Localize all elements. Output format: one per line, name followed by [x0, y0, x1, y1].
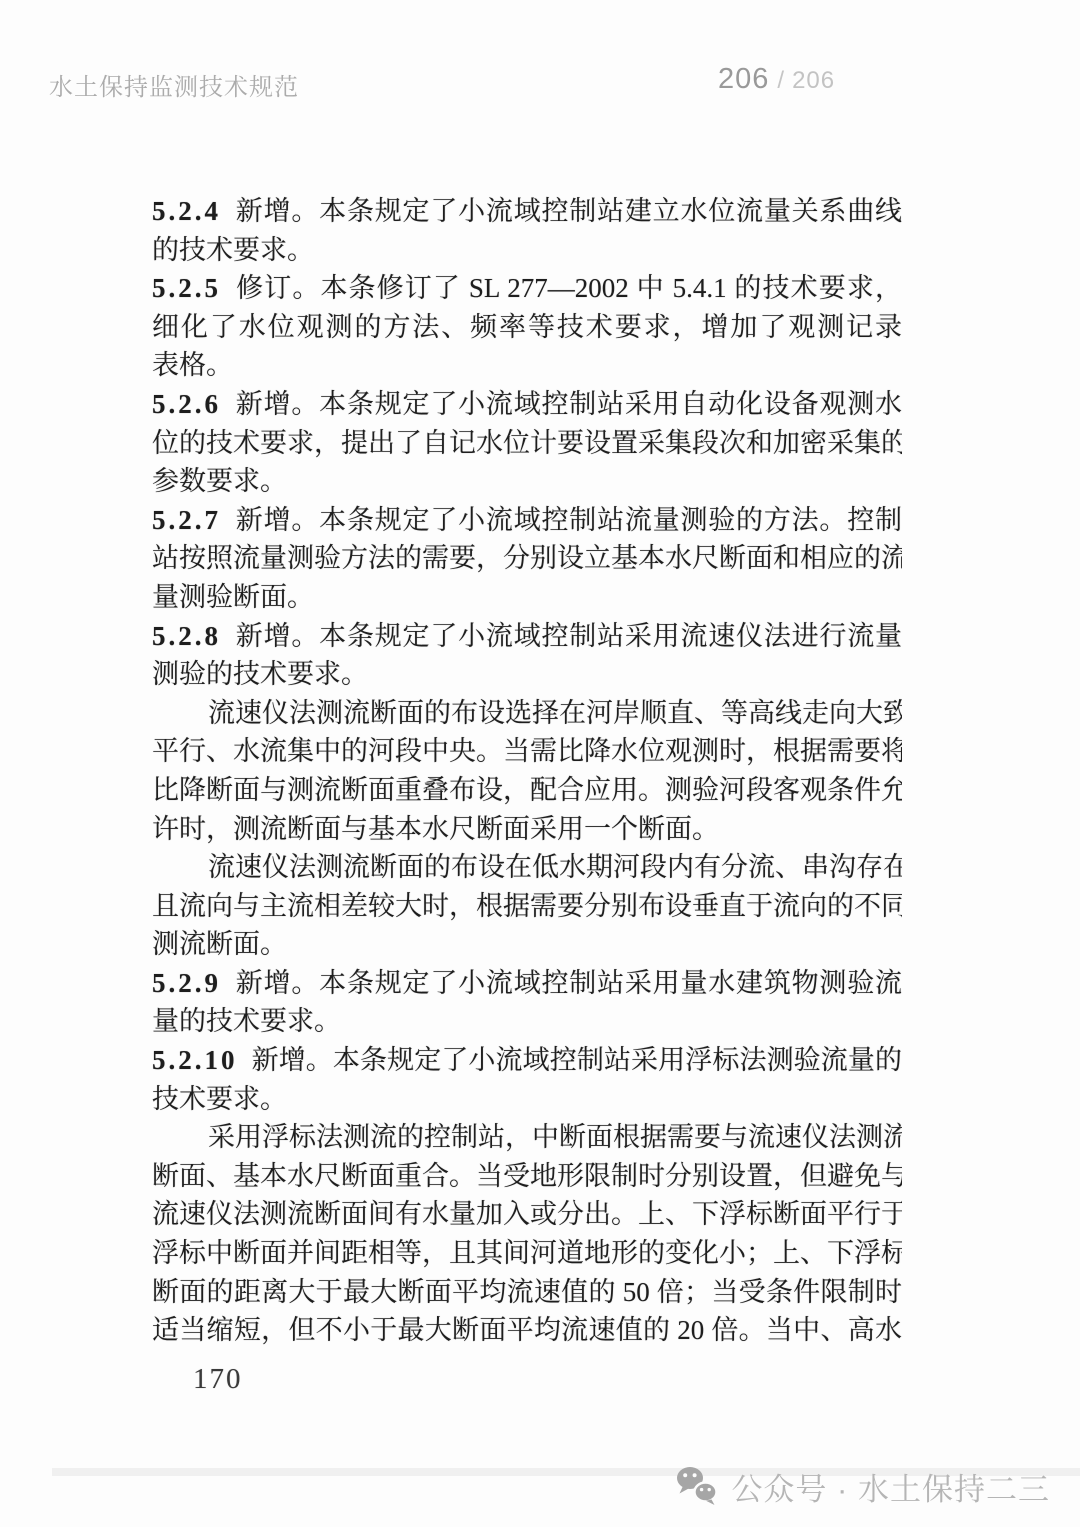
text-line: 测流断面。 [152, 925, 902, 964]
text-line-content: 流速仪法测流断面的布设在低水期河段内有分流、串沟存在 [208, 852, 902, 882]
viewer-header: 水土保持监测技术规范 206 / 206 [0, 0, 1080, 120]
text-line: 流速仪法测流断面的布设在低水期河段内有分流、串沟存在 [152, 848, 902, 887]
viewer-stage: 水土保持监测技术规范 206 / 206 5.2.4新增。本条规定了小流域控制站… [0, 0, 1080, 1527]
text-line-content: 流速仪法测流断面的布设选择在河岸顺直、等高线走向大致 [208, 698, 902, 728]
text-line-content: 比降断面与测流断面重叠布设，配合应用。测验河段客观条件允 [152, 775, 902, 805]
page-indicator-total: 206 [792, 67, 835, 95]
text-line-content: 新增。本条规定了小流域控制站流量测验的方法。控制 [235, 505, 902, 535]
text-line-content: 测流断面。 [152, 929, 287, 959]
text-line-content: 修订。本条修订了 SL 277—2002 中 5.4.1 的技术要求， [235, 273, 902, 303]
section-number: 5.2.4 [152, 196, 221, 226]
text-line-content: 的技术要求。 [152, 235, 314, 265]
text-line: 5.2.6新增。本条规定了小流域控制站采用自动化设备观测水 [152, 385, 902, 424]
text-line-content: 新增。本条规定了小流域控制站采用量水建筑物测验流 [235, 968, 902, 998]
section-number: 5.2.7 [152, 505, 221, 535]
text-line: 技术要求。 [152, 1080, 902, 1119]
text-line-content: 技术要求。 [152, 1084, 287, 1114]
text-line: 比降断面与测流断面重叠布设，配合应用。测验河段客观条件允 [152, 771, 902, 810]
text-line: 5.2.5修订。本条修订了 SL 277—2002 中 5.4.1 的技术要求， [152, 269, 902, 308]
text-line-content: 断面、基本水尺断面重合。当受地形限制时分别设置，但避免与 [152, 1161, 902, 1191]
document-body[interactable]: 5.2.4新增。本条规定了小流域控制站建立水位流量关系曲线的技术要求。5.2.5… [152, 192, 902, 1350]
text-line-content: 新增。本条规定了小流域控制站采用流速仪法进行流量 [235, 621, 902, 651]
text-line: 5.2.10新增。本条规定了小流域控制站采用浮标法测验流量的 [152, 1041, 902, 1080]
text-line: 量测验断面。 [152, 578, 902, 617]
text-line: 测验的技术要求。 [152, 655, 902, 694]
page-indicator: 206 / 206 [718, 63, 835, 96]
text-line: 参数要求。 [152, 462, 902, 501]
text-line: 量的技术要求。 [152, 1002, 902, 1041]
text-line: 流速仪法测流断面的布设选择在河岸顺直、等高线走向大致 [152, 694, 902, 733]
text-line: 流速仪法测流断面间有水量加入或分出。上、下浮标断面平行于 [152, 1195, 902, 1234]
text-line-content: 新增。本条规定了小流域控制站采用自动化设备观测水 [235, 389, 902, 419]
section-number: 5.2.9 [152, 968, 221, 998]
text-line-content: 新增。本条规定了小流域控制站建立水位流量关系曲线 [235, 196, 902, 226]
section-number: 5.2.6 [152, 389, 221, 419]
document-title: 水土保持监测技术规范 [49, 67, 299, 102]
text-line-content: 断面的距离大于最大断面平均流速值的 50 倍；当受条件限制时 [152, 1277, 902, 1307]
text-line-content: 且流向与主流相差较大时，根据需要分别布设垂直于流向的不同 [152, 891, 902, 921]
text-line-content: 采用浮标法测流的控制站，中断面根据需要与流速仪法测流 [208, 1122, 902, 1152]
text-line-content: 适当缩短，但不小于最大断面平均流速值的 20 倍。当中、高水 [152, 1315, 902, 1345]
watermark: 公众号 · 水土保持二三 [676, 1464, 1050, 1508]
text-line: 适当缩短，但不小于最大断面平均流速值的 20 倍。当中、高水 [152, 1311, 902, 1350]
text-line: 且流向与主流相差较大时，根据需要分别布设垂直于流向的不同 [152, 887, 902, 926]
page-indicator-separator: / [777, 67, 784, 95]
section-number: 5.2.8 [152, 621, 221, 651]
text-line: 断面、基本水尺断面重合。当受地形限制时分别设置，但避免与 [152, 1157, 902, 1196]
text-line-content: 站按照流量测验方法的需要，分别设立基本水尺断面和相应的流 [152, 543, 902, 573]
wechat-icon [676, 1466, 718, 1506]
text-line-content: 表格。 [152, 350, 233, 380]
section-number: 5.2.5 [152, 273, 221, 303]
text-line-content: 平行、水流集中的河段中央。当需比降水位观测时，根据需要将 [152, 736, 902, 766]
page-indicator-current: 206 [718, 63, 769, 96]
text-line-content: 测验的技术要求。 [152, 659, 368, 689]
text-line-content: 参数要求。 [152, 466, 287, 496]
text-line: 5.2.4新增。本条规定了小流域控制站建立水位流量关系曲线 [152, 192, 902, 231]
text-line: 采用浮标法测流的控制站，中断面根据需要与流速仪法测流 [152, 1118, 902, 1157]
text-line: 站按照流量测验方法的需要，分别设立基本水尺断面和相应的流 [152, 539, 902, 578]
watermark-text: 公众号 · 水土保持二三 [731, 1464, 1050, 1509]
text-line: 表格。 [152, 346, 902, 385]
text-line-content: 量的技术要求。 [152, 1006, 341, 1036]
section-number: 5.2.10 [152, 1045, 238, 1075]
text-line: 的技术要求。 [152, 231, 902, 270]
text-line: 断面的距离大于最大断面平均流速值的 50 倍；当受条件限制时 [152, 1273, 902, 1312]
text-line: 浮标中断面并间距相等，且其间河道地形的变化小；上、下浮标 [152, 1234, 902, 1273]
page-number: 170 [193, 1363, 243, 1396]
text-line: 许时，测流断面与基本水尺断面采用一个断面。 [152, 810, 902, 849]
text-line: 5.2.8新增。本条规定了小流域控制站采用流速仪法进行流量 [152, 617, 902, 656]
text-line-content: 浮标中断面并间距相等，且其间河道地形的变化小；上、下浮标 [152, 1238, 902, 1268]
text-line-content: 许时，测流断面与基本水尺断面采用一个断面。 [152, 814, 719, 844]
text-line: 平行、水流集中的河段中央。当需比降水位观测时，根据需要将 [152, 732, 902, 771]
text-line: 5.2.9新增。本条规定了小流域控制站采用量水建筑物测验流 [152, 964, 902, 1003]
text-line-content: 位的技术要求，提出了自记水位计要设置采集段次和加密采集的 [152, 428, 902, 458]
text-line: 5.2.7新增。本条规定了小流域控制站流量测验的方法。控制 [152, 501, 902, 540]
text-line: 位的技术要求，提出了自记水位计要设置采集段次和加密采集的 [152, 424, 902, 463]
text-line-content: 细化了水位观测的方法、频率等技术要求，增加了观测记录 [152, 312, 902, 342]
text-line-content: 流速仪法测流断面间有水量加入或分出。上、下浮标断面平行于 [152, 1199, 902, 1229]
text-line-content: 量测验断面。 [152, 582, 314, 612]
text-line-content: 新增。本条规定了小流域控制站采用浮标法测验流量的 [252, 1045, 903, 1075]
text-line: 细化了水位观测的方法、频率等技术要求，增加了观测记录 [152, 308, 902, 347]
